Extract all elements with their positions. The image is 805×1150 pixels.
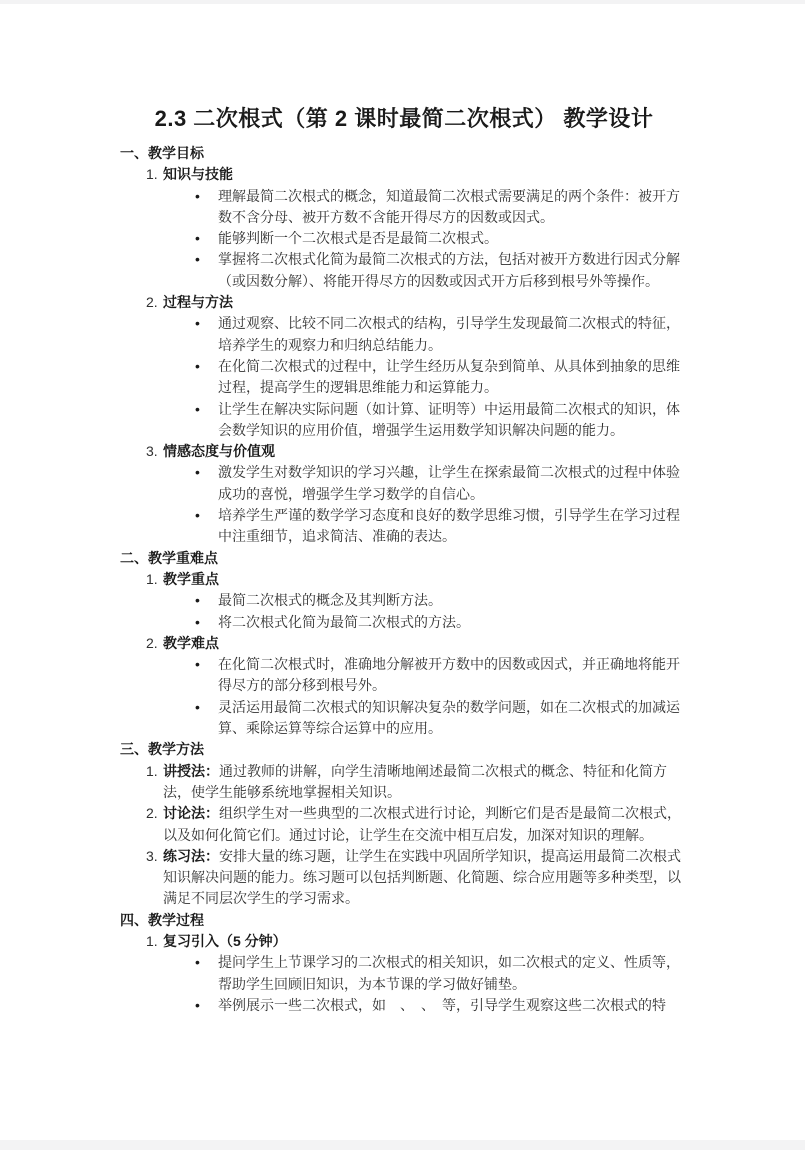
item-label: 教学难点 — [163, 633, 688, 654]
item-body: 讲授法：通过教师的讲解，向学生清晰地阐述最简二次根式的概念、特征和化简方法，使学… — [163, 761, 688, 804]
item-label: 讲授法： — [163, 763, 219, 779]
item-text: 通过教师的讲解，向学生清晰地阐述最简二次根式的概念、特征和化简方法，使学生能够系… — [163, 763, 667, 800]
list-item: • 最简二次根式的概念及其判断方法。 — [195, 590, 688, 611]
item-number: 2. — [146, 633, 163, 654]
item-number: 1. — [146, 569, 163, 590]
bullet-icon: • — [195, 186, 218, 229]
bullet-icon: • — [195, 228, 218, 249]
item-label: 讨论法： — [163, 805, 219, 821]
bullet-text: 在化简二次根式的过程中，让学生经历从复杂到简单、从具体到抽象的思维过程，提高学生… — [218, 356, 688, 399]
item-label: 过程与方法 — [163, 292, 688, 313]
numbered-item: 1. 复习引入（5 分钟） — [146, 931, 688, 952]
section-heading-teaching-process: 四、教学过程 — [120, 910, 688, 931]
document-page: 2.3 二次根式（第 2 课时最简二次根式） 教学设计 一、教学目标 1. 知识… — [0, 4, 805, 1140]
bullet-text: 在化简二次根式时，准确地分解被开方数中的因数或因式，并正确地将能开得尽方的部分移… — [218, 654, 688, 697]
bullet-text: 将二次根式化简为最简二次根式的方法。 — [218, 612, 688, 633]
item-label: 复习引入（5 分钟） — [163, 931, 688, 952]
bullet-text: 通过观察、比较不同二次根式的结构，引导学生发现最简二次根式的特征，培养学生的观察… — [218, 313, 688, 356]
numbered-item: 1. 教学重点 — [146, 569, 688, 590]
section-heading-key-difficult-points: 二、教学重难点 — [120, 548, 688, 569]
item-text: 组织学生对一些典型的二次根式进行讨论，判断它们是否是最简二次根式，以及如何化简它… — [163, 805, 681, 842]
bullet-text: 培养学生严谨的数学学习态度和良好的数学思维习惯，引导学生在学习过程中注重细节，追… — [218, 505, 688, 548]
bullet-icon: • — [195, 612, 218, 633]
bullet-icon: • — [195, 590, 218, 611]
bullet-icon: • — [195, 505, 218, 548]
numbered-item: 2. 过程与方法 — [146, 292, 688, 313]
item-label: 练习法： — [163, 848, 219, 864]
bullet-text: 举例展示一些二次根式，如 、 、 等，引导学生观察这些二次根式的特 — [218, 995, 688, 1016]
list-item: • 培养学生严谨的数学学习态度和良好的数学思维习惯，引导学生在学习过程中注重细节… — [195, 505, 688, 548]
list-item: • 将二次根式化简为最简二次根式的方法。 — [195, 612, 688, 633]
page-title: 2.3 二次根式（第 2 课时最简二次根式） 教学设计 — [120, 104, 688, 134]
bullet-icon: • — [195, 462, 218, 505]
list-item: • 灵活运用最简二次根式的知识解决复杂的数学问题，如在二次根式的加减运算、乘除运… — [195, 697, 688, 740]
numbered-item: 1. 讲授法：通过教师的讲解，向学生清晰地阐述最简二次根式的概念、特征和化简方法… — [146, 761, 688, 804]
bullet-text: 掌握将二次根式化简为最简二次根式的方法，包括对被开方数进行因式分解（或因数分解）… — [218, 249, 688, 292]
item-number: 1. — [146, 164, 163, 185]
bullet-text: 激发学生对数学知识的学习兴趣，让学生在探索最简二次根式的过程中体验成功的喜悦，增… — [218, 462, 688, 505]
numbered-item: 3. 练习法：安排大量的练习题，让学生在实践中巩固所学知识，提高运用最简二次根式… — [146, 846, 688, 910]
bullet-icon: • — [195, 654, 218, 697]
numbered-item: 3. 情感态度与价值观 — [146, 441, 688, 462]
item-number: 2. — [146, 803, 163, 846]
bullet-icon: • — [195, 697, 218, 740]
list-item: • 激发学生对数学知识的学习兴趣，让学生在探索最简二次根式的过程中体验成功的喜悦… — [195, 462, 688, 505]
list-item: • 让学生在解决实际问题（如计算、证明等）中运用最简二次根式的知识，体会数学知识… — [195, 399, 688, 442]
bullet-text: 灵活运用最简二次根式的知识解决复杂的数学问题，如在二次根式的加减运算、乘除运算等… — [218, 697, 688, 740]
item-number: 3. — [146, 441, 163, 462]
bullet-text: 理解最简二次根式的概念，知道最简二次根式需要满足的两个条件：被开方数不含分母、被… — [218, 186, 688, 229]
list-item: • 在化简二次根式时，准确地分解被开方数中的因数或因式，并正确地将能开得尽方的部… — [195, 654, 688, 697]
bullet-text: 让学生在解决实际问题（如计算、证明等）中运用最简二次根式的知识，体会数学知识的应… — [218, 399, 688, 442]
list-item: • 提问学生上节课学习的二次根式的相关知识，如二次根式的定义、性质等，帮助学生回… — [195, 952, 688, 995]
item-label: 情感态度与价值观 — [163, 441, 688, 462]
bullet-icon: • — [195, 313, 218, 356]
numbered-item: 2. 讨论法：组织学生对一些典型的二次根式进行讨论，判断它们是否是最简二次根式，… — [146, 803, 688, 846]
numbered-item: 2. 教学难点 — [146, 633, 688, 654]
list-item: • 能够判断一个二次根式是否是最简二次根式。 — [195, 228, 688, 249]
bullet-text: 最简二次根式的概念及其判断方法。 — [218, 590, 688, 611]
bullet-icon: • — [195, 399, 218, 442]
list-item: • 在化简二次根式的过程中，让学生经历从复杂到简单、从具体到抽象的思维过程，提高… — [195, 356, 688, 399]
list-item: • 通过观察、比较不同二次根式的结构，引导学生发现最简二次根式的特征，培养学生的… — [195, 313, 688, 356]
item-body: 练习法：安排大量的练习题，让学生在实践中巩固所学知识，提高运用最简二次根式知识解… — [163, 846, 688, 910]
bullet-text: 能够判断一个二次根式是否是最简二次根式。 — [218, 228, 688, 249]
item-number: 3. — [146, 846, 163, 910]
item-number: 1. — [146, 761, 163, 804]
item-text: 安排大量的练习题，让学生在实践中巩固所学知识，提高运用最简二次根式知识解决问题的… — [163, 848, 681, 907]
list-item: • 理解最简二次根式的概念，知道最简二次根式需要满足的两个条件：被开方数不含分母… — [195, 186, 688, 229]
item-label: 教学重点 — [163, 569, 688, 590]
item-number: 2. — [146, 292, 163, 313]
item-number: 1. — [146, 931, 163, 952]
numbered-item: 1. 知识与技能 — [146, 164, 688, 185]
bullet-icon: • — [195, 952, 218, 995]
bullet-text: 提问学生上节课学习的二次根式的相关知识，如二次根式的定义、性质等，帮助学生回顾旧… — [218, 952, 688, 995]
list-item: • 掌握将二次根式化简为最简二次根式的方法，包括对被开方数进行因式分解（或因数分… — [195, 249, 688, 292]
section-heading-teaching-methods: 三、教学方法 — [120, 739, 688, 760]
section-heading-teaching-goals: 一、教学目标 — [120, 143, 688, 164]
list-item: • 举例展示一些二次根式，如 、 、 等，引导学生观察这些二次根式的特 — [195, 995, 688, 1016]
item-body: 讨论法：组织学生对一些典型的二次根式进行讨论，判断它们是否是最简二次根式，以及如… — [163, 803, 688, 846]
item-label: 知识与技能 — [163, 164, 688, 185]
bullet-icon: • — [195, 995, 218, 1016]
bullet-icon: • — [195, 356, 218, 399]
bullet-icon: • — [195, 249, 218, 292]
